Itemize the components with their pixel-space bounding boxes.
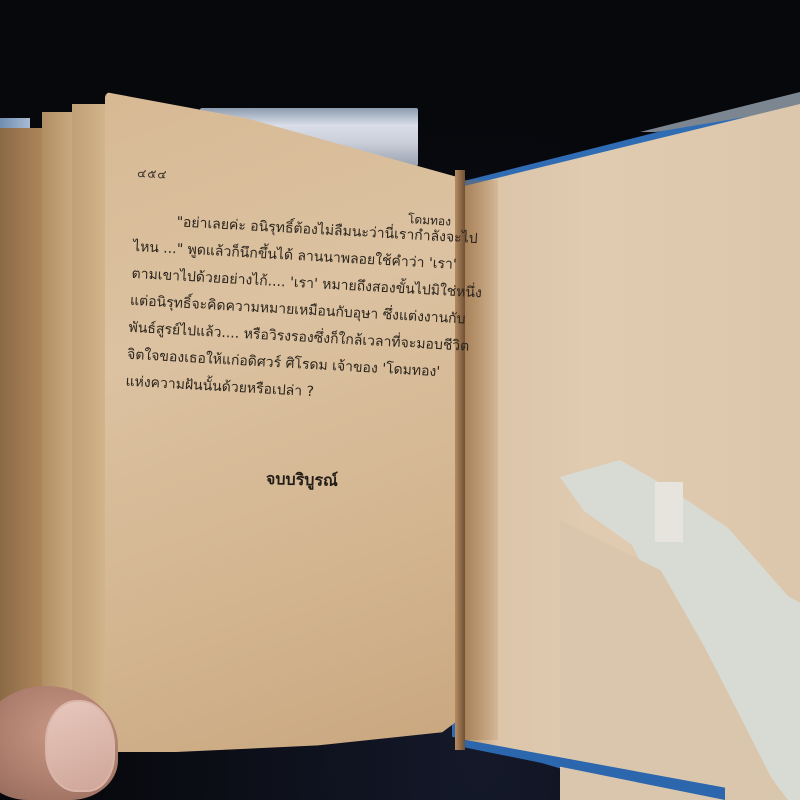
running-header: โดมทอง — [407, 206, 452, 235]
page-text-block: ๔๕๔ โดมทอง "อย่าเลยค่ะ อนิรุทธิ์ต้องไม่ล… — [125, 160, 460, 414]
the-end-text: จบบริบูรณ์ — [266, 467, 339, 494]
torn-paper-strip — [655, 482, 683, 542]
thumbnail — [45, 700, 115, 792]
